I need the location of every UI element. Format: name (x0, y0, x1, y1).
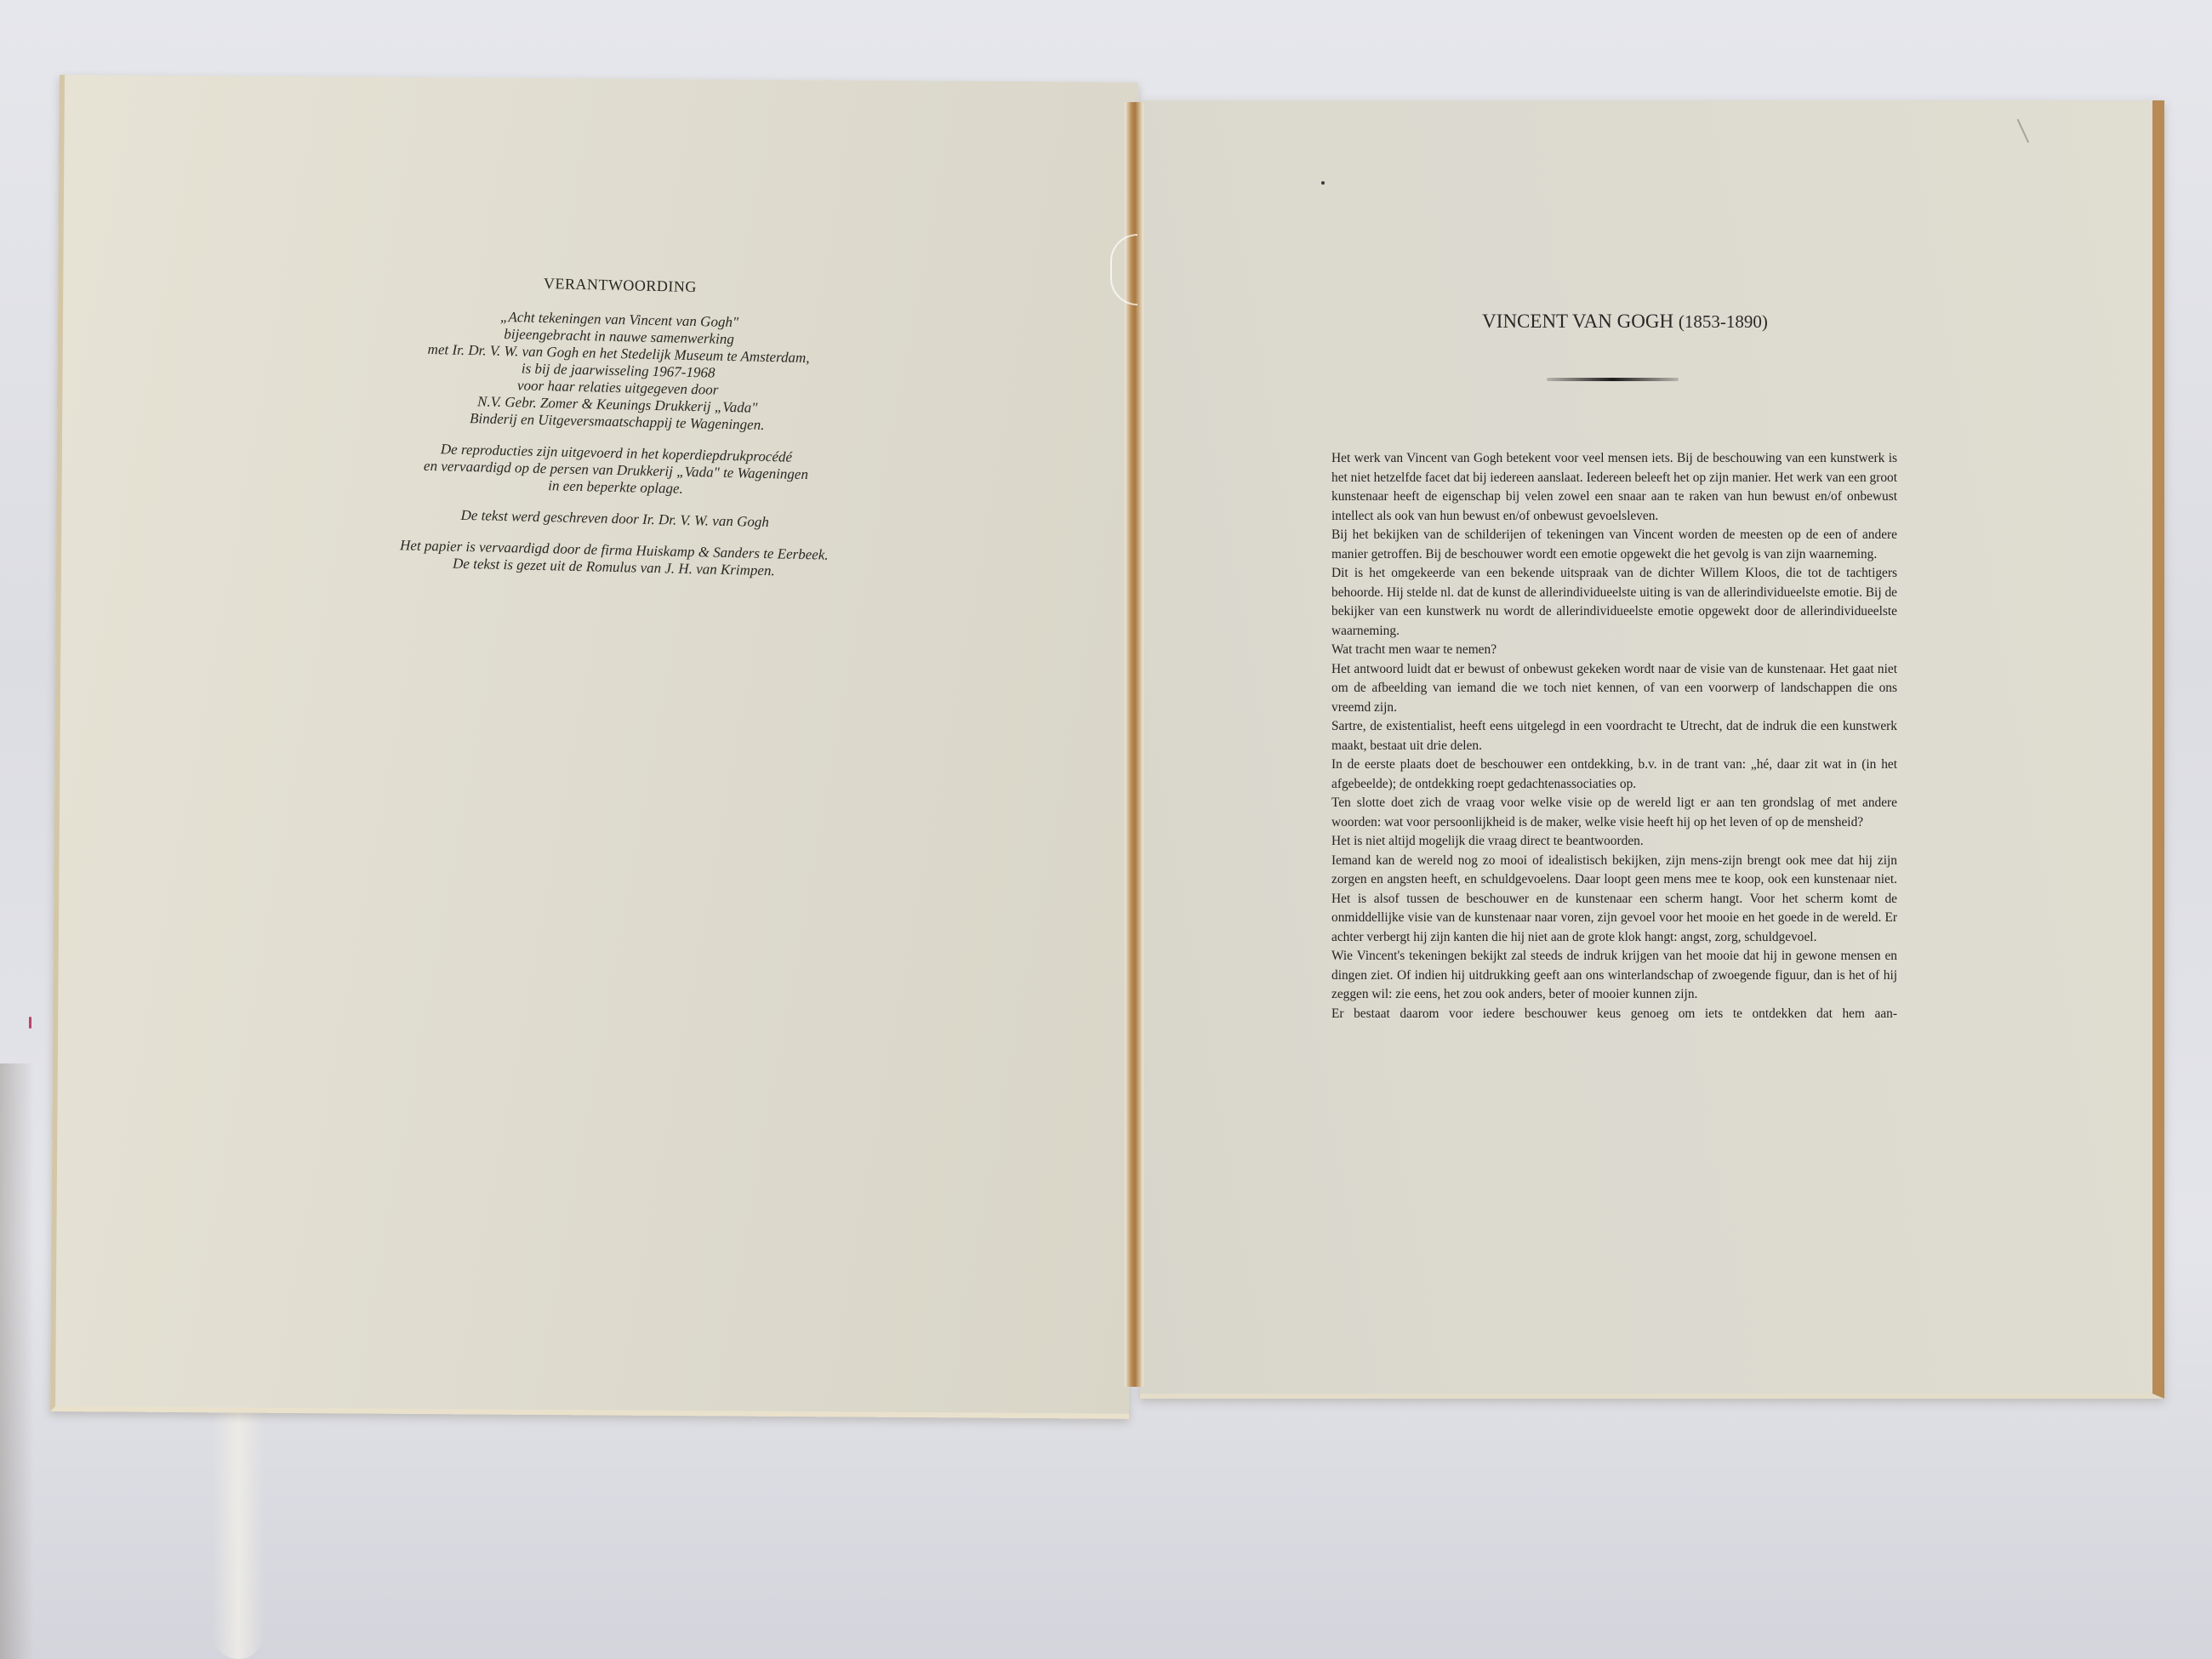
paragraph: Wie Vincent's tekeningen bekijkt zal ste… (1331, 947, 1897, 1005)
paper-speck (1321, 181, 1325, 185)
colophon-block-reproductions: De reproducties zijn uitgevoerd in het k… (339, 439, 892, 503)
colophon-block-author: De tekst werd geschreven door Ir. Dr. V.… (339, 505, 892, 534)
title-name: VINCENT VAN GOGH (1482, 311, 1673, 332)
title-rule (1547, 378, 1679, 381)
paragraph: Het is niet altijd mogelijk die vraag di… (1331, 832, 1897, 852)
colophon-block-publication: „Acht tekeningen van Vincent van Gogh" b… (340, 305, 896, 437)
ink-mark (29, 1017, 31, 1029)
paragraph: Ten slotte doet zich de vraag voor welke… (1331, 794, 1897, 832)
paragraph: In de eerste plaats doet de beschouwer e… (1331, 755, 1897, 794)
water-stain (213, 1395, 264, 1659)
table-shadow (0, 1063, 34, 1659)
colophon: VERANTWOORDING „Acht tekeningen van Vinc… (337, 271, 897, 597)
paragraph: Bij het bekijken van de schilderijen of … (1331, 526, 1897, 564)
page-title: VINCENT VAN GOGH (1853-1890) (1327, 311, 1923, 333)
paragraph: Iemand kan de wereld nog zo mooi of idea… (1331, 852, 1897, 948)
paragraph: Het antwoord luidt dat er bewust of onbe… (1331, 660, 1897, 718)
paragraph: Er bestaat daarom voor iedere beschouwer… (1331, 1005, 1897, 1024)
colophon-block-paper: Het papier is vervaardigd door de firma … (337, 536, 891, 583)
paragraph: Het werk van Vincent van Gogh betekent v… (1331, 449, 1897, 526)
title-years: (1853-1890) (1679, 311, 1768, 332)
paragraph: Dit is het omgekeerde van een bekende ui… (1331, 564, 1897, 641)
body-text: Het werk van Vincent van Gogh betekent v… (1331, 449, 1897, 1023)
paragraph: Wat tracht men waar te nemen? (1331, 641, 1897, 660)
paragraph: Sartre, de existentialist, heeft eens ui… (1331, 717, 1897, 755)
colophon-line: De tekst werd geschreven door Ir. Dr. V.… (339, 505, 892, 534)
